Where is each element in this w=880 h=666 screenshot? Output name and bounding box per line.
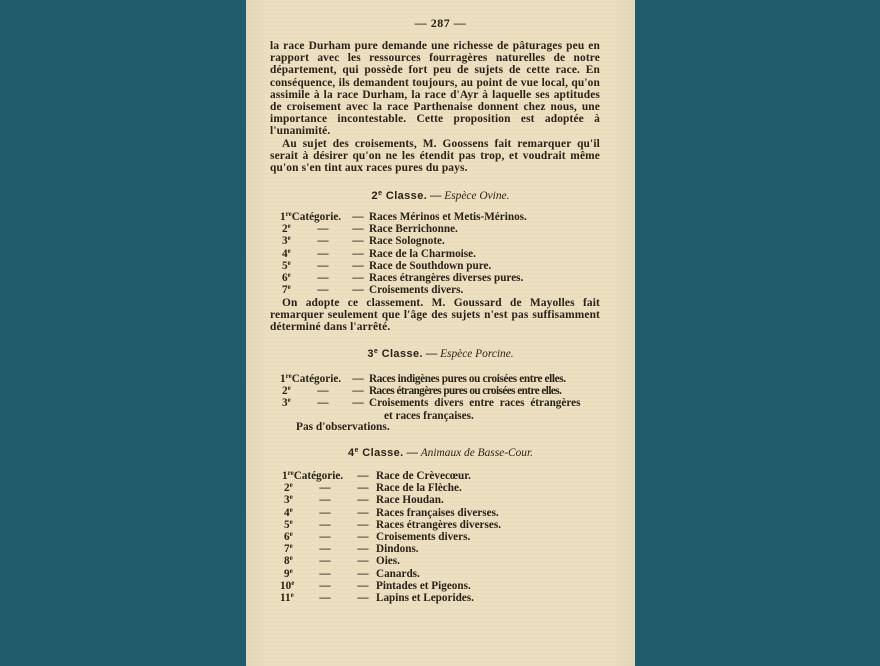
category-row: 3e— — Croisements divers entre races étr… xyxy=(280,397,580,409)
class-label: 2e Classe. xyxy=(372,190,428,202)
category-row: 11e— — Lapins et Leporides. xyxy=(282,592,501,604)
category-list-porcine: 1reCatégorie. — Races indigènes pures ou… xyxy=(280,373,580,422)
category-row: 5e— — Races étrangères diverses. xyxy=(282,519,501,531)
category-row: 6e— — Races étrangères diverses pures. xyxy=(280,272,527,284)
section-title-ovine: 2e Classe. — Espèce Ovine. xyxy=(246,190,635,202)
category-row: 1reCatégorie. — Races Mérinos et Metis-M… xyxy=(280,211,527,223)
intro-text: la race Durham pure demande une richesse… xyxy=(270,40,600,174)
species-name: Animaux de Basse-Cour. xyxy=(421,447,533,459)
species-name: Espèce Ovine. xyxy=(444,190,509,202)
porcine-note: Pas d'observations. xyxy=(296,421,390,433)
intro-paragraph-2: Au sujet des croisements, M. Goossens fa… xyxy=(270,138,600,175)
category-row-continuation: et races françaises. xyxy=(280,410,580,422)
category-row: 1reCatégorie. — Races indigènes pures ou… xyxy=(280,373,580,385)
species-name: Espèce Porcine. xyxy=(440,348,514,360)
separator-dash: — xyxy=(426,348,437,360)
category-list-ovine: 1reCatégorie. — Races Mérinos et Metis-M… xyxy=(280,211,527,296)
category-row: 4e— — Races françaises diverses. xyxy=(282,507,501,519)
category-row: 8e— — Oies. xyxy=(282,555,501,567)
category-row: 7e— — Dindons. xyxy=(282,543,501,555)
scanned-page: — 287 — la race Durham pure demande une … xyxy=(246,0,635,666)
category-row: 1reCatégorie. — Race de Crèvecœur. xyxy=(282,470,501,482)
category-row: 9e— — Canards. xyxy=(282,568,501,580)
class-label: 3e Classe. xyxy=(367,348,423,360)
separator-dash: — xyxy=(430,190,441,202)
class-label: 4e Classe. xyxy=(348,447,404,459)
category-row: 2e— — Race de la Flèche. xyxy=(282,482,501,494)
category-row: 2e— — Races étrangères pures ou croisées… xyxy=(280,385,580,397)
category-row: 3e— — Race Houdan. xyxy=(282,494,501,506)
intro-paragraph-1: la race Durham pure demande une richesse… xyxy=(270,40,600,138)
separator-dash: — xyxy=(406,447,417,459)
section-title-porcine: 3e Classe. — Espèce Porcine. xyxy=(246,348,635,360)
category-row: 3e— — Race Solognote. xyxy=(280,235,527,247)
category-row: 4e— — Race de la Charmoise. xyxy=(280,248,527,260)
page-number: — 287 — xyxy=(246,16,635,31)
category-row: 6e— — Croisements divers. xyxy=(282,531,501,543)
ovine-note: On adopte ce classement. M. Goussard de … xyxy=(270,297,600,334)
section-title-basse-cour: 4e Classe. — Animaux de Basse-Cour. xyxy=(246,447,635,459)
category-list-basse-cour: 1reCatégorie. — Race de Crèvecœur. 2e— —… xyxy=(282,470,501,604)
category-row: 7e— — Croisements divers. xyxy=(280,284,527,296)
category-row: 5e— — Race de Southdown pure. xyxy=(280,260,527,272)
category-row: 2e— — Race Berrichonne. xyxy=(280,223,527,235)
category-row: 10e— — Pintades et Pigeons. xyxy=(282,580,501,592)
